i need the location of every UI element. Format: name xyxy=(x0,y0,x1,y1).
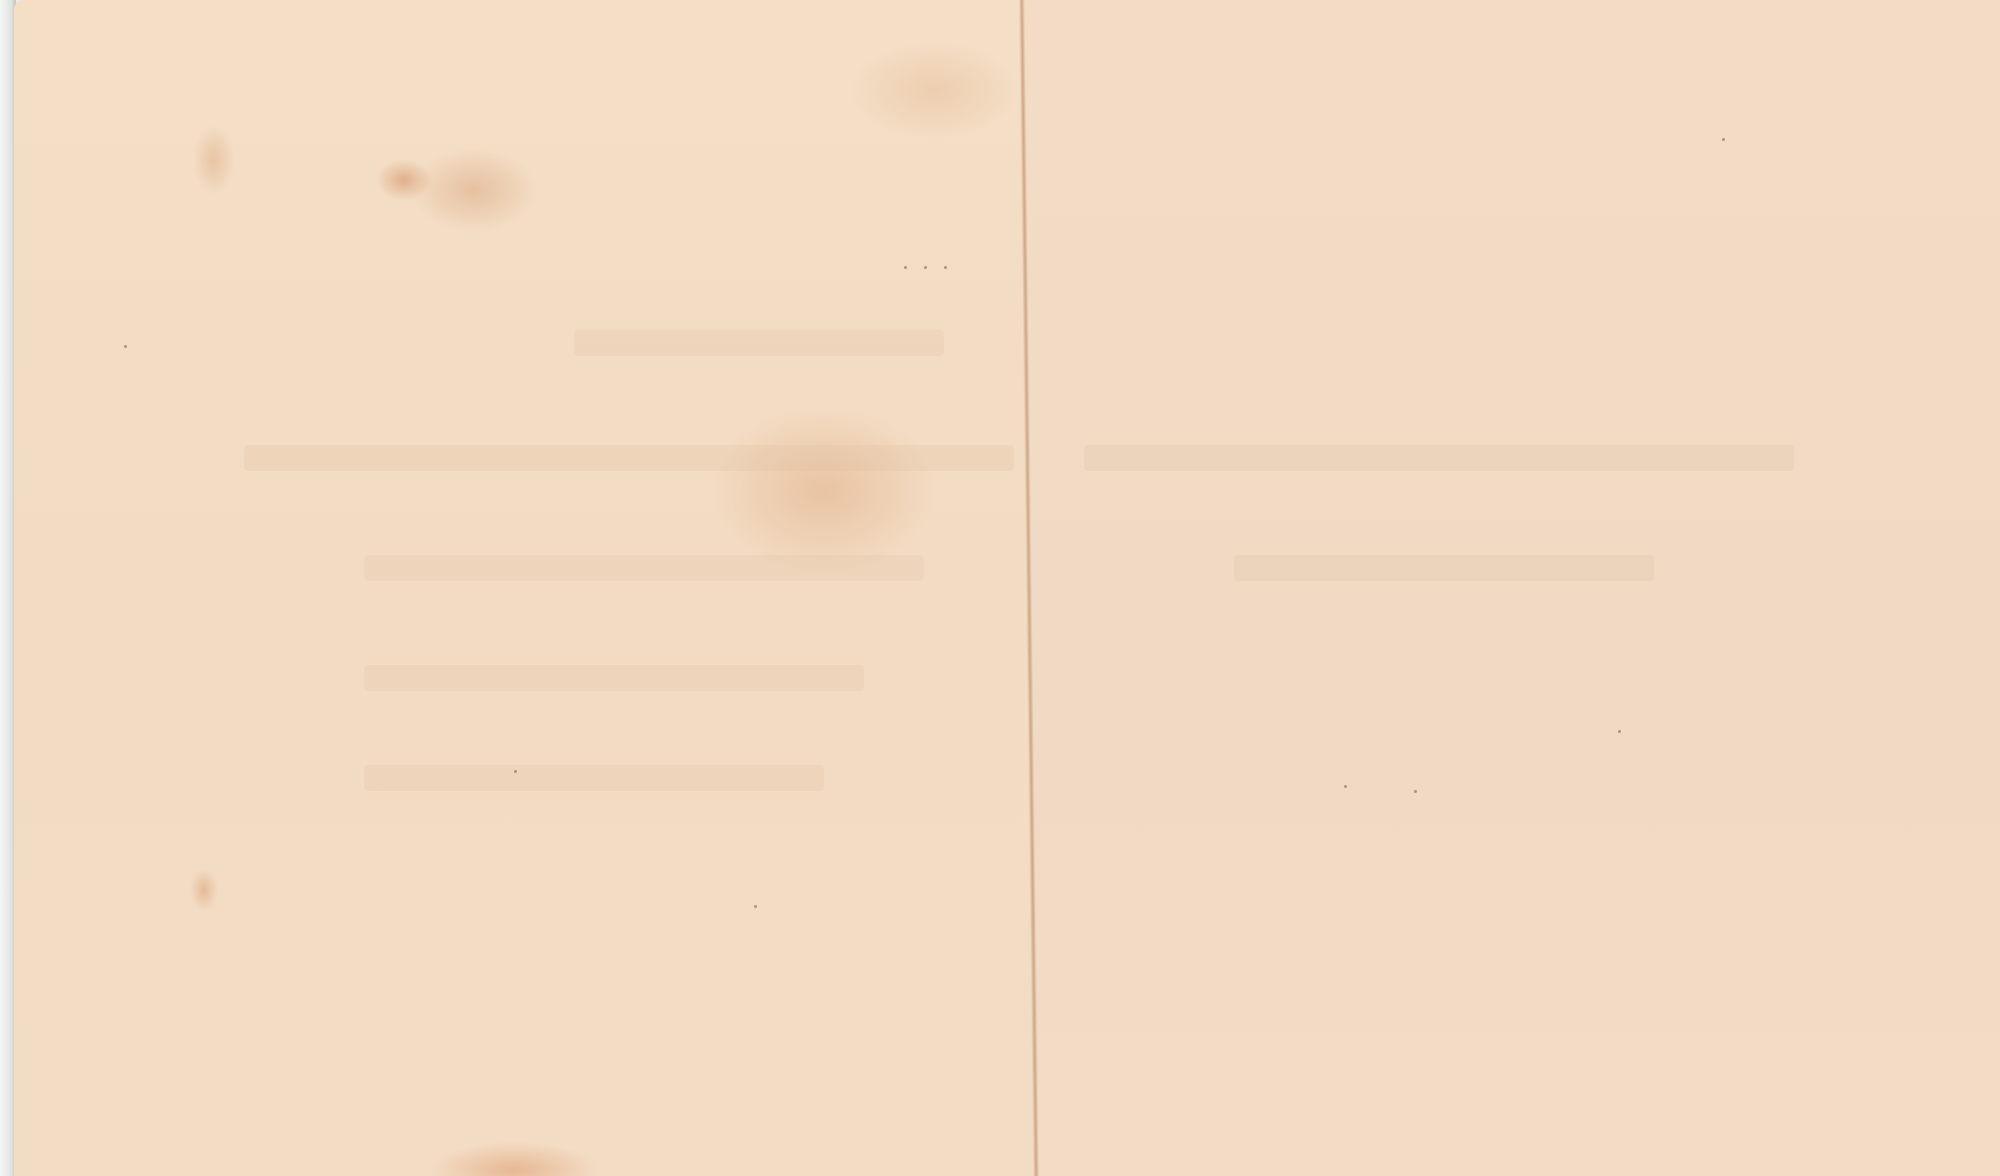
left-panel: Left panel (blank, stained) xyxy=(14,0,1024,1176)
paper-sheet: Left panel (blank, stained) Right panel … xyxy=(14,0,2000,1176)
right-panel: Right panel (blank) xyxy=(1030,0,2000,1176)
